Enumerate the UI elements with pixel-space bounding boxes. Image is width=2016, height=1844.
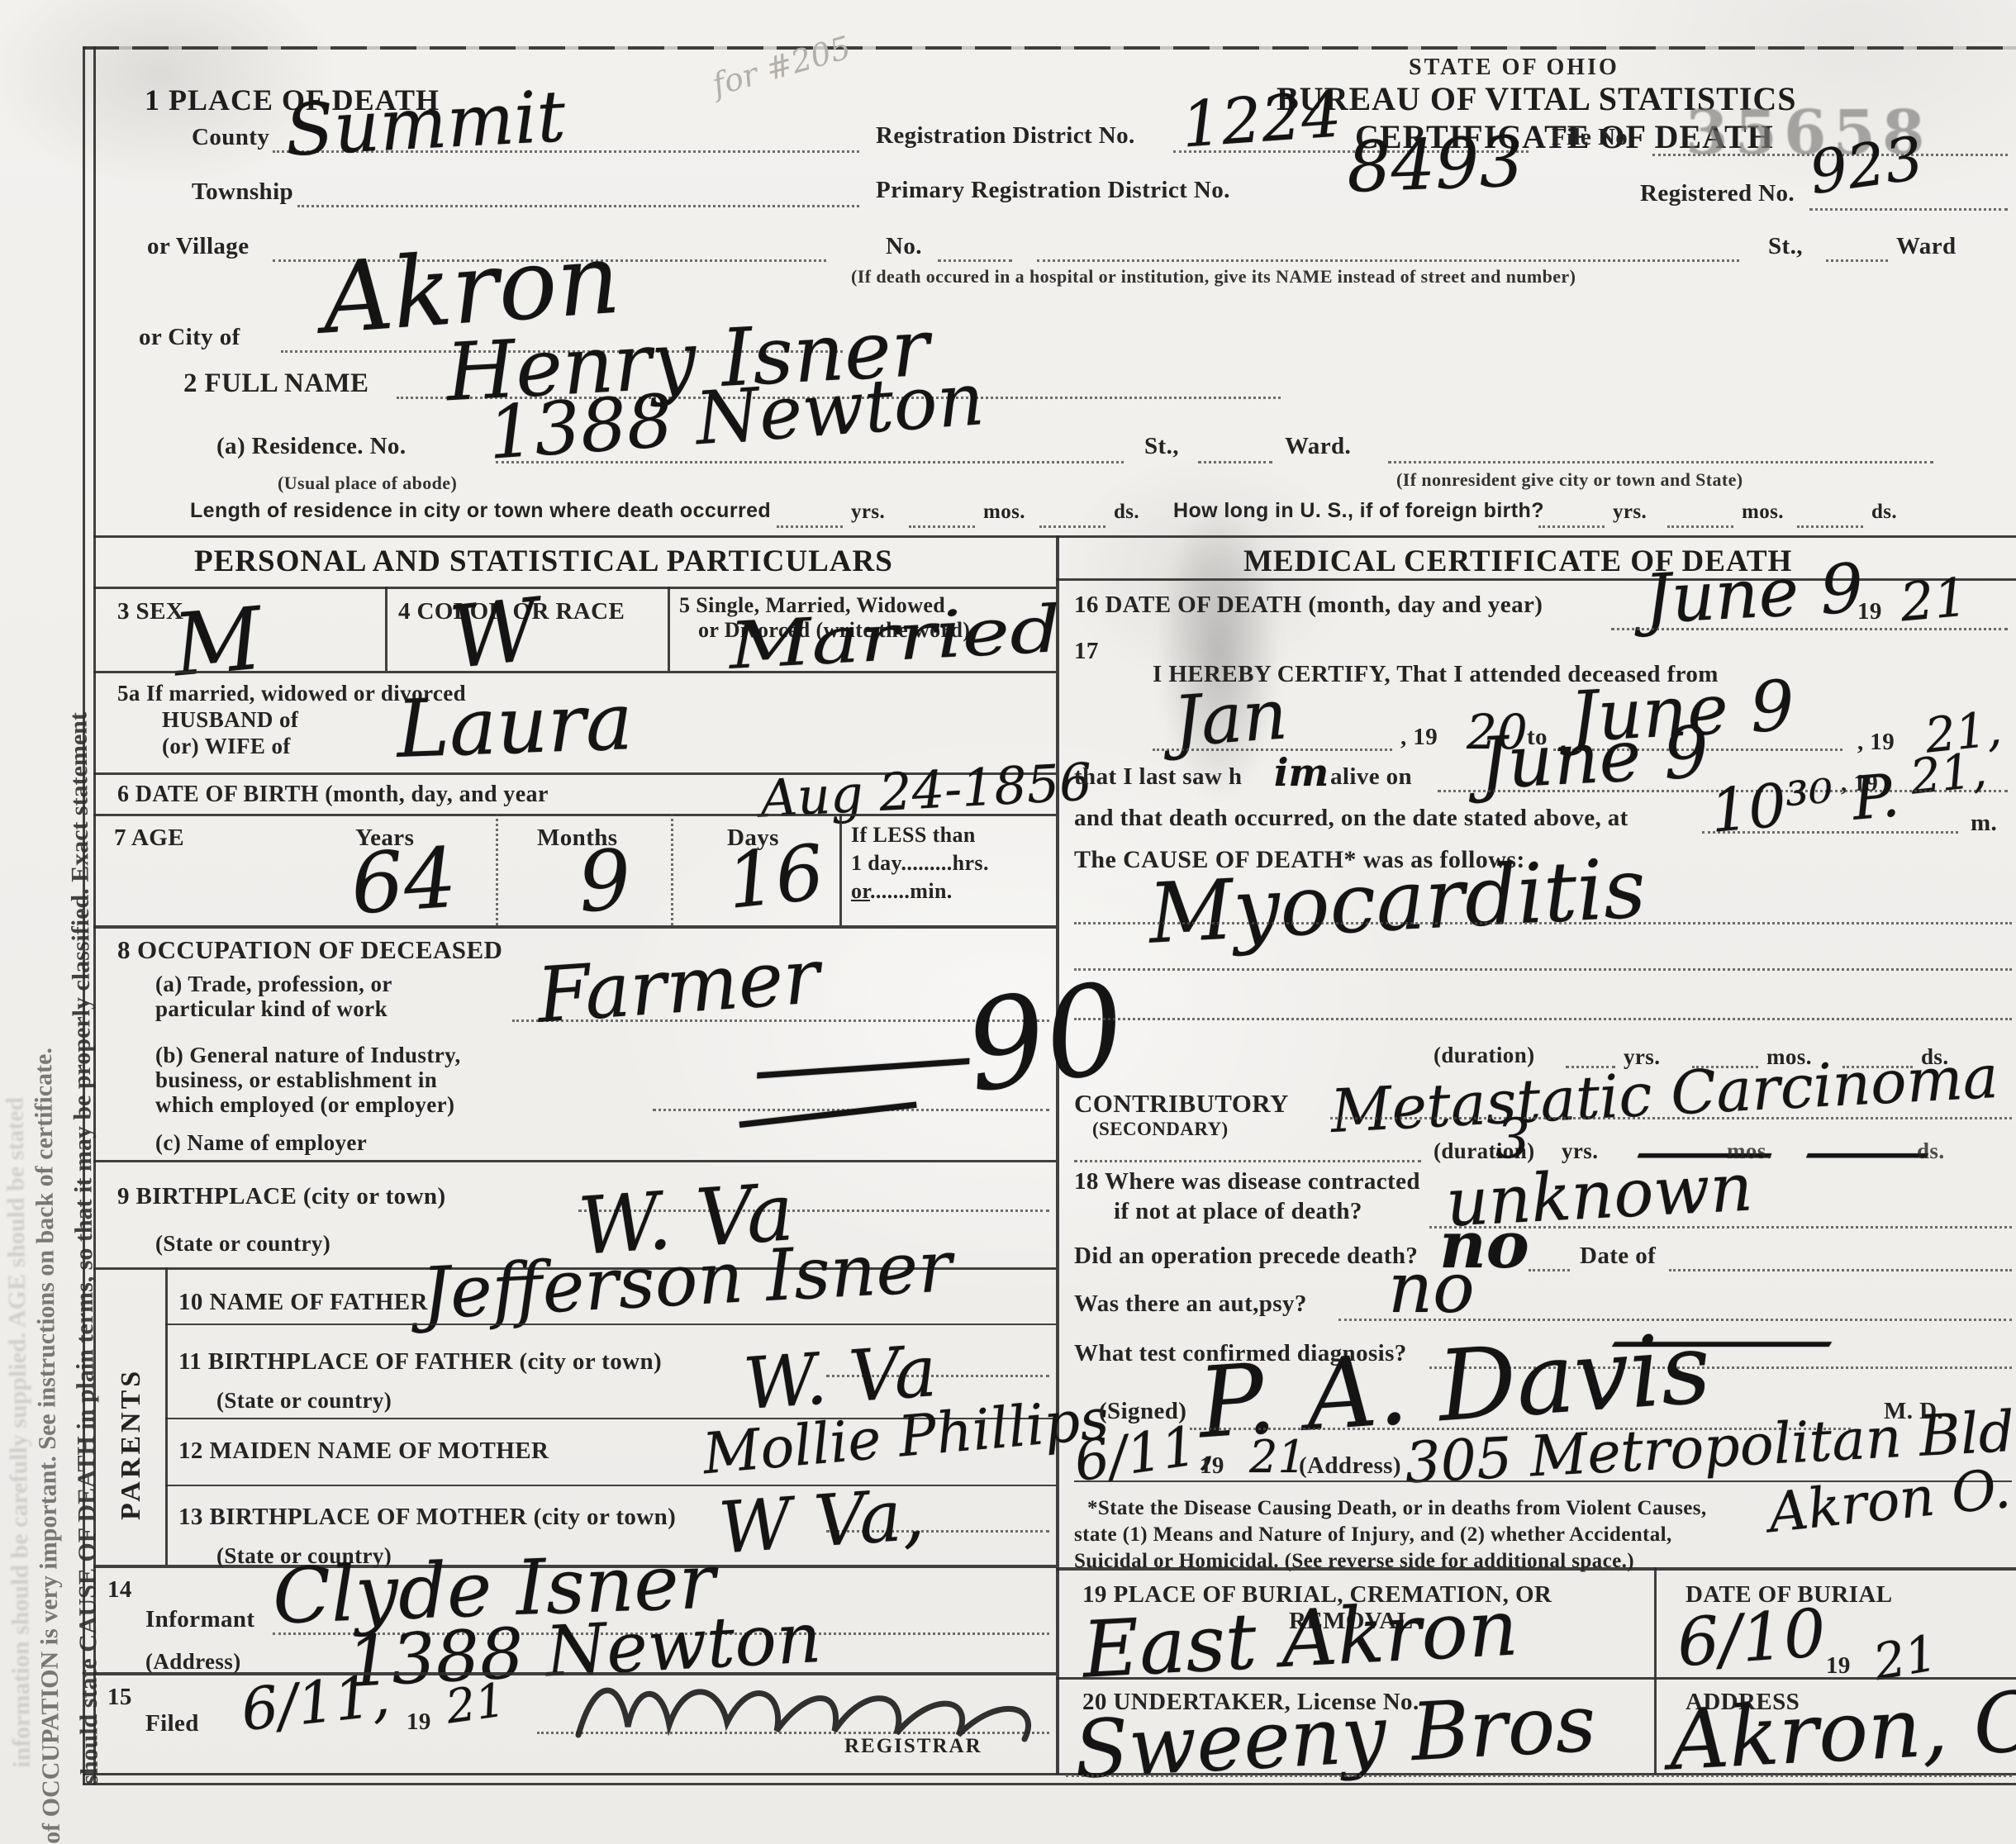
less-than-2: 1 day.........hrs. <box>851 851 989 876</box>
sign-year-value: 21 <box>1249 1431 1306 1483</box>
primary-registration-value: 8493 <box>1345 121 1524 207</box>
date-of-label: Date of <box>1580 1243 1656 1270</box>
autopsy-value: no <box>1388 1248 1475 1328</box>
sex-value: M <box>169 588 266 696</box>
sign-address-label: (Address) <box>1299 1452 1401 1480</box>
husband-label-3: (or) WIFE of <box>162 734 291 759</box>
registered-no-label: Registered No. <box>1640 180 1795 207</box>
age-days-value: 16 <box>723 828 829 926</box>
where-contracted-label-1: 18 Where was disease contracted <box>1074 1168 1420 1195</box>
nonresident-note: (If nonresident give city or town and St… <box>1396 469 1743 491</box>
full-name-label: 2 FULL NAME <box>183 368 368 399</box>
last-saw-year: 21, <box>1908 741 1990 805</box>
date-of-death-value: June 9 <box>1643 549 1866 639</box>
column-divider <box>1056 535 1059 1775</box>
less-than-1: If LESS than <box>851 823 976 848</box>
age-label: 7 AGE <box>114 825 184 852</box>
howlong-yrs: yrs. <box>1613 501 1647 524</box>
columns-top-line <box>93 535 2016 538</box>
length-mos: mos. <box>983 501 1025 524</box>
husband-value: Laura <box>395 675 635 776</box>
abode-note: (Usual place of abode) <box>278 473 457 494</box>
autopsy-label: Was there an aut,psy? <box>1074 1290 1307 1318</box>
county-value: Summit <box>283 75 568 173</box>
primary-registration-label: Primary Registration District No. <box>876 177 1230 204</box>
father-label: 10 NAME OF FATHER <box>178 1289 428 1316</box>
village-label: or Village <box>147 233 249 260</box>
death-m-label: m. <box>1971 810 1997 837</box>
state-country-label-1: (State or country) <box>155 1231 330 1257</box>
file-no-label: File No. <box>1552 124 1634 151</box>
length-yrs: yrs. <box>851 501 885 524</box>
dob-label: 6 DATE OF BIRTH (month, day, and year <box>117 782 549 808</box>
footnote-line-1: *State the Disease Causing Death, or in … <box>1087 1497 1707 1520</box>
contrib-ds-strike: — <box>1801 1112 1933 1189</box>
length-ds: ds. <box>1114 501 1139 524</box>
last-saw-im: im <box>1274 750 1329 795</box>
date-of-death-label: 16 DATE OF DEATH (month, day and year) <box>1074 592 1543 619</box>
registrar-label: REGISTRAR <box>844 1735 982 1758</box>
last-saw-label-2: alive on <box>1330 763 1412 791</box>
top-border <box>83 46 2016 50</box>
informant-label: Informant <box>145 1606 255 1633</box>
sign-19: 19 <box>1200 1452 1224 1480</box>
to-19: , 19 <box>1857 729 1895 756</box>
burial-date-value: 6/10 <box>1675 1594 1828 1681</box>
last-saw-label-1: that I last saw h <box>1074 763 1242 791</box>
contributory-label: CONTRIBUTORY <box>1074 1089 1289 1119</box>
length-of-residence-label: Length of residence in city or town wher… <box>190 499 771 523</box>
filed-number: 15 <box>107 1684 132 1711</box>
city-label: or City of <box>139 324 240 351</box>
hospital-note: (If death occured in a hospital or insti… <box>851 266 1576 288</box>
age-months-value: 9 <box>575 831 635 931</box>
where-contracted-label-2: if not at place of death? <box>1114 1198 1362 1225</box>
parents-label: PARENTS <box>116 1322 147 1520</box>
occ-c-label: (c) Name of employer <box>155 1130 367 1156</box>
filed-19: 19 <box>407 1709 431 1736</box>
birthplace-label: 9 BIRTHPLACE (city or town) <box>117 1183 446 1210</box>
registration-district-label: Registration District No. <box>876 122 1135 150</box>
burial-19: 19 <box>1826 1652 1851 1680</box>
howlong-ds: ds. <box>1871 501 1897 524</box>
informant-address-label: (Address) <box>145 1649 241 1675</box>
secondary-label: (SECONDARY) <box>1092 1119 1229 1140</box>
left-border-outer <box>83 46 85 1785</box>
residence-label: (a) Residence. No. <box>216 433 407 460</box>
township-label: Township <box>192 178 293 206</box>
item-17: 17 <box>1074 638 1099 665</box>
occ-a-label-1: (a) Trade, profession, or <box>155 972 392 997</box>
filed-year-value: 21 <box>443 1673 509 1734</box>
no-label: No. <box>886 233 922 260</box>
occ-a-label-2: particular kind of work <box>155 996 388 1022</box>
occ-b-label-1: (b) General nature of Industry, <box>155 1043 461 1068</box>
death-occurred-label: and that death occurred, on the date sta… <box>1074 805 1628 832</box>
duration-ds-2: ds. <box>1917 1138 1944 1164</box>
mother-label: 12 MAIDEN NAME OF MOTHER <box>178 1438 549 1465</box>
mother-bp-label: 13 BIRTHPLACE OF MOTHER (city or town) <box>178 1504 676 1531</box>
informant-number: 14 <box>107 1576 132 1604</box>
county-label: County <box>192 124 269 151</box>
filed-label: Filed <box>145 1710 199 1737</box>
undertaker-address-value: Akron, O. <box>1667 1672 2016 1789</box>
state-of-ohio: STATE OF OHIO <box>1409 55 1619 81</box>
occ-b-label-3: which employed (or employer) <box>155 1092 454 1118</box>
left-border-inner <box>93 46 96 1785</box>
occ-b-label-2: business, or establishment in <box>155 1067 437 1093</box>
duration-label-1: (duration) <box>1434 1043 1535 1068</box>
mother-bp-value: W Va, <box>716 1473 927 1570</box>
occupation-label: 8 OCCUPATION OF DECEASED <box>117 935 502 965</box>
dod-year-value: 21 <box>1898 568 1971 634</box>
residence-ward-label: Ward. <box>1285 433 1351 460</box>
operation-label: Did an operation precede death? <box>1074 1243 1418 1270</box>
age-years-value: 64 <box>348 829 459 934</box>
from-19: , 19 <box>1400 724 1438 751</box>
footnote-line-2: state (1) Means and Nature of Injury, an… <box>1074 1523 1672 1547</box>
state-country-label-2: (State or country) <box>216 1388 392 1414</box>
father-bp-label: 11 BIRTHPLACE OF FATHER (city or town) <box>178 1348 662 1376</box>
personal-title: PERSONAL AND STATISTICAL PARTICULARS <box>194 544 893 579</box>
st-label: St., <box>1768 233 1803 260</box>
residence-st-label: St., <box>1144 433 1179 460</box>
ward-label: Ward <box>1896 233 1957 260</box>
less-than-3b: .......min. <box>870 879 953 903</box>
dod-19: 19 <box>1857 598 1882 625</box>
registrar-signature <box>562 1661 1074 1751</box>
registration-district-value: 1224 <box>1179 77 1343 161</box>
husband-label-2: HUSBAND of <box>162 707 298 733</box>
less-than-3a: or <box>851 879 870 903</box>
howlong-mos: mos. <box>1742 501 1784 524</box>
